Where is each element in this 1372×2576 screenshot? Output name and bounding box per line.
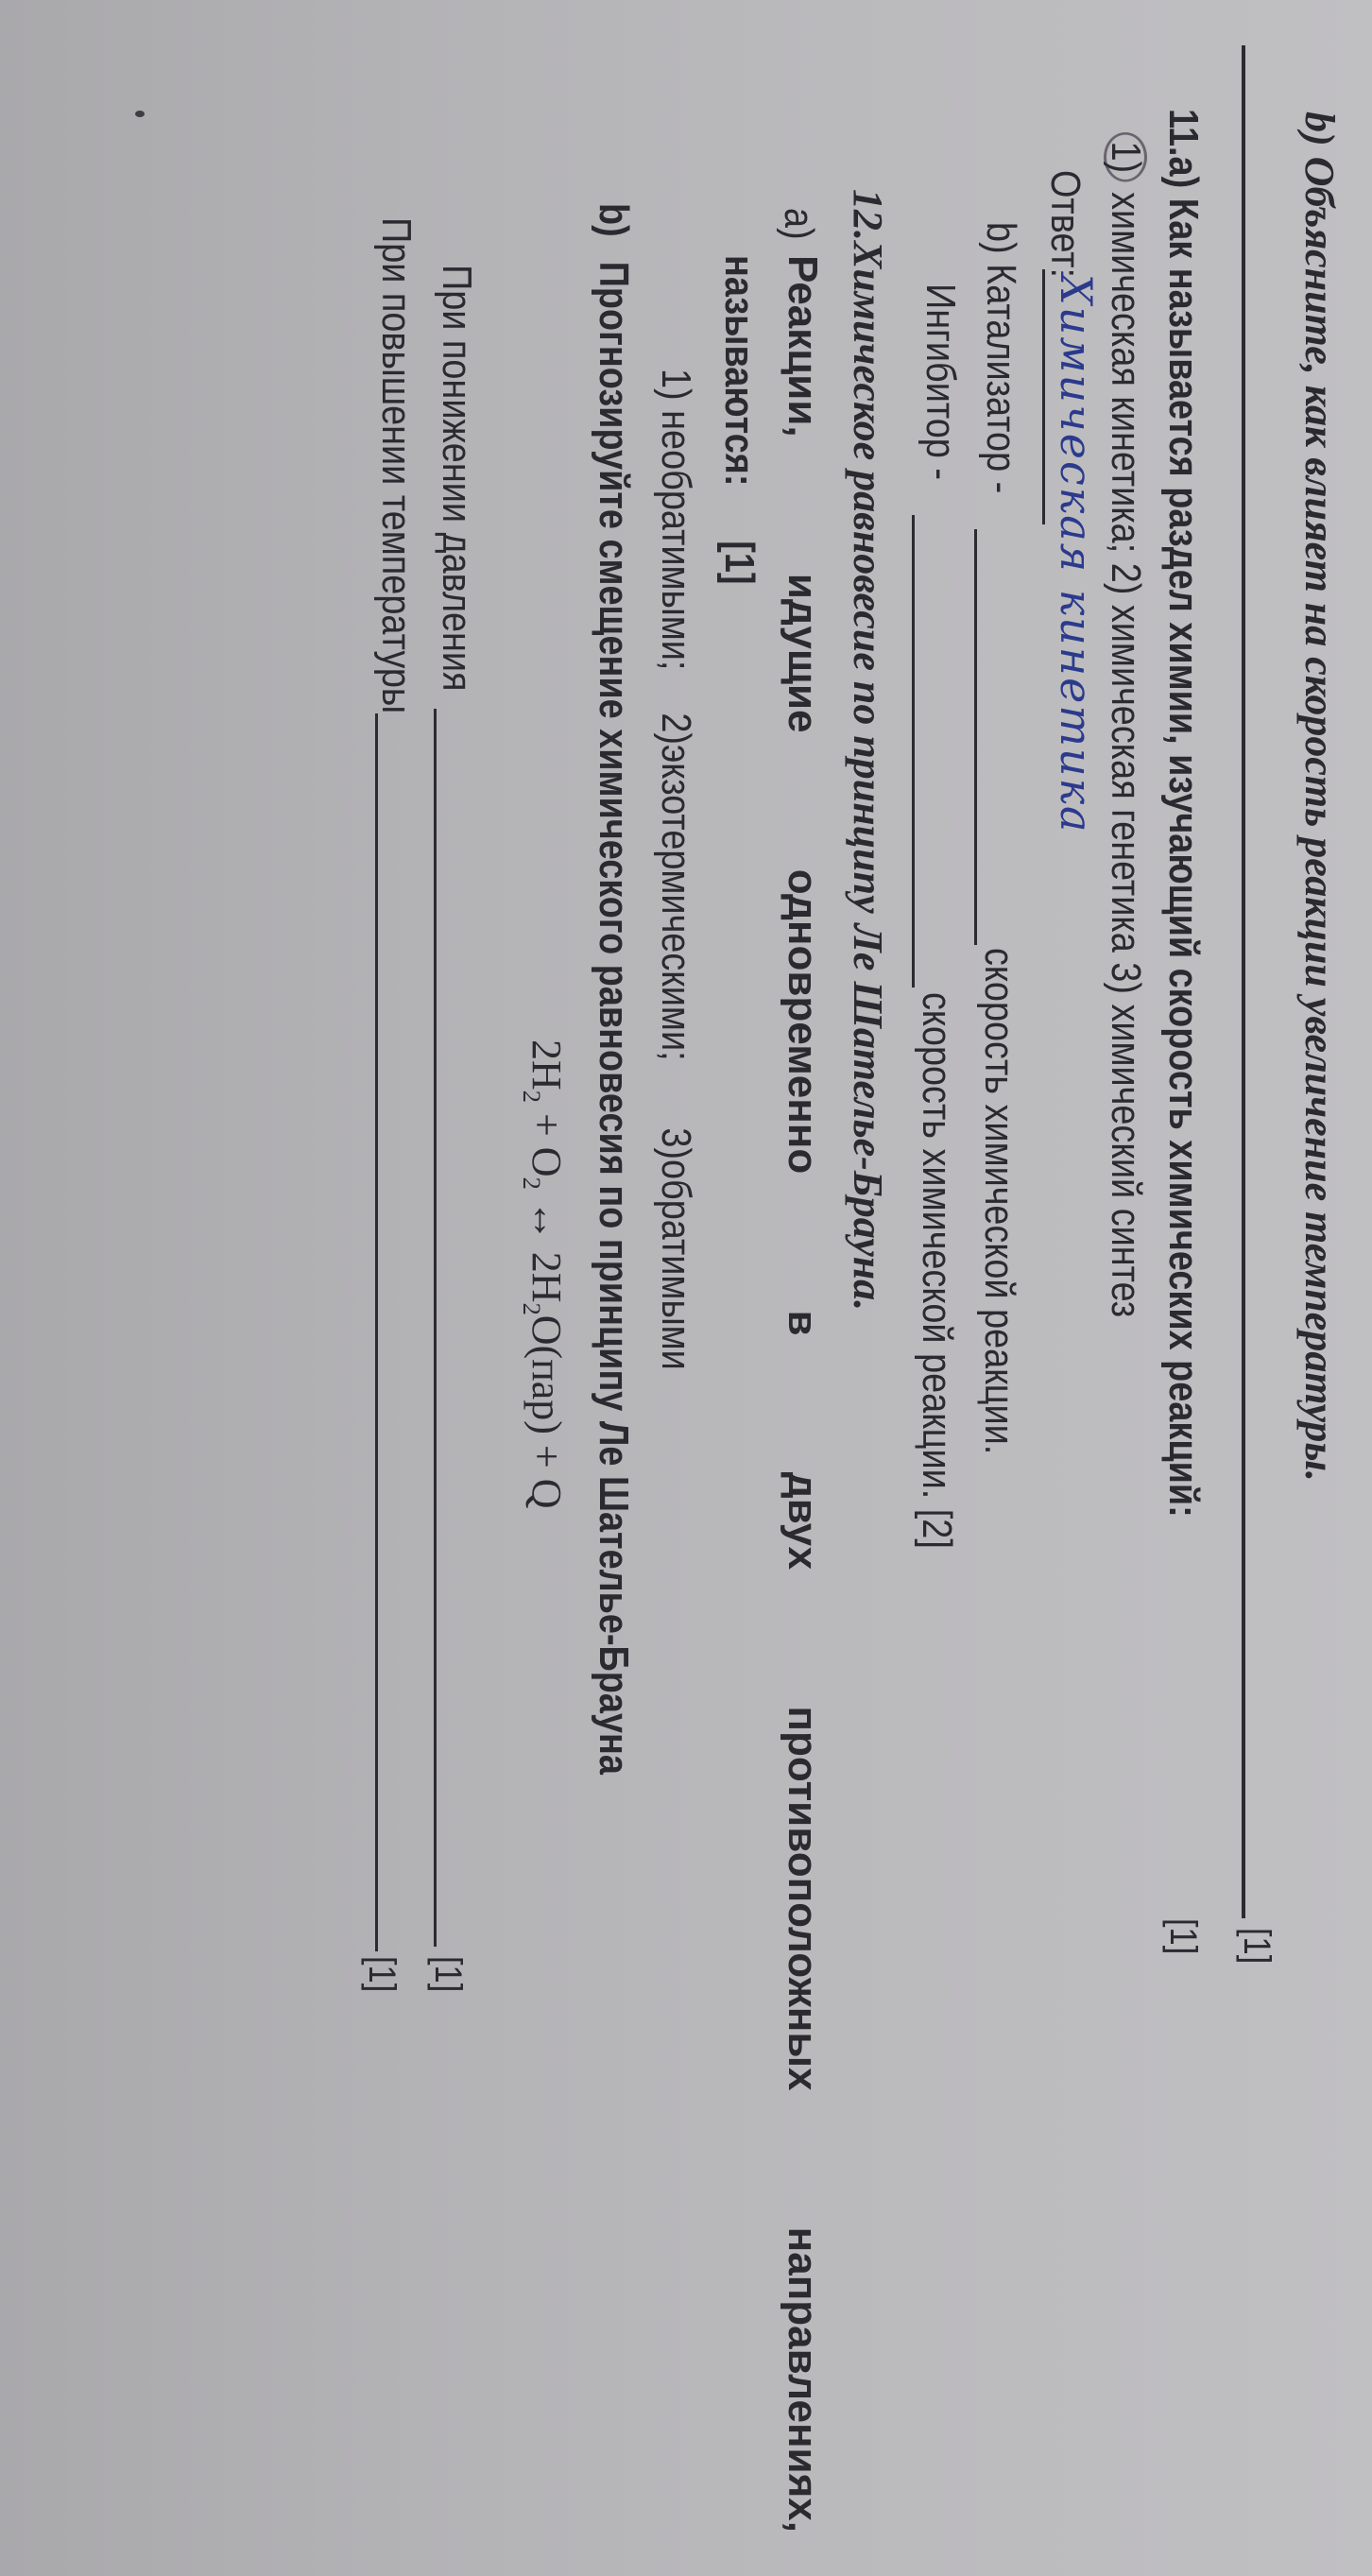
temperature-points: [1] (360, 1956, 403, 1992)
option-reversible[interactable]: 3)обратимыми (653, 1127, 699, 1369)
selected-option-marker[interactable]: 1) (1104, 132, 1147, 182)
q10b-text: b) Объясните, как влияет на скорость реа… (1295, 112, 1344, 1482)
q11a-options: 1) химическая кинетика; 2) химическая ге… (1102, 132, 1149, 1317)
pressure-answer-line[interactable] (434, 709, 437, 1947)
catalyst-label: Катализатор - (978, 264, 1024, 493)
pressure-label: При понижении давления (433, 265, 480, 692)
option-exothermic[interactable]: 2)экзотермическими; (653, 713, 699, 1060)
q11a-points: [1] (1161, 1918, 1204, 1954)
q11a-options-text: химическая кинетика; 2) химическая генет… (1103, 192, 1149, 1317)
catalyst-suffix: скорость химической реакции. (975, 948, 1022, 1454)
temperature-label: При повышении температуры (372, 217, 420, 713)
q10b-answer-line[interactable] (1242, 45, 1245, 1918)
inhibitor-blank[interactable] (912, 515, 915, 987)
q12a-question-line2: называются: [1] (715, 255, 763, 585)
pressure-points: [1] (426, 1956, 469, 1992)
q12a-points: [1] (716, 541, 763, 584)
q12-title: 12.Химическое равновесие по принципу Ле … (844, 189, 892, 1311)
q12a-question-line1: Реакции, идущие одновременно в двух прот… (779, 255, 826, 2533)
inhibitor-suffix: скорость химической реакции. [2] (913, 992, 960, 1549)
reaction-equation: 2H2 + O2 ↔ 2H2O(пар) + Q (517, 1039, 571, 1509)
q11b-points: [2] (914, 1509, 960, 1549)
catalyst-line: b) Катализатор - (977, 222, 1024, 493)
handwritten-answer[interactable]: Химическая кинетика (1051, 274, 1102, 833)
q12a-options: 1) необратимыми; 2)экзотермическими; 3)о… (652, 369, 699, 1370)
worksheet-page: b) Объясните, как влияет на скорость реа… (0, 0, 1372, 2576)
temperature-answer-line[interactable] (375, 713, 378, 1951)
q10b-label: b) (1296, 112, 1343, 146)
inhibitor-label: Ингибитор - (917, 283, 964, 480)
q10b-points: [1] (1235, 1928, 1278, 1964)
q12b-question: b) Прогнозируйте смещение химического ра… (590, 203, 637, 1775)
q12a-label: a) (775, 208, 822, 240)
q11a-answer-label: Ответ: (1041, 170, 1089, 278)
q11a-question: 11.a) Как называется раздел химии, изуча… (1159, 109, 1207, 1518)
q11a-label: a) (1160, 157, 1207, 189)
q11a-answer-line (1042, 269, 1045, 524)
q10b-question: Объясните, как влияет на скорость реакци… (1296, 157, 1343, 1482)
catalyst-blank[interactable] (974, 529, 977, 945)
option-irreversible[interactable]: 1) необратимыми; (653, 369, 699, 670)
